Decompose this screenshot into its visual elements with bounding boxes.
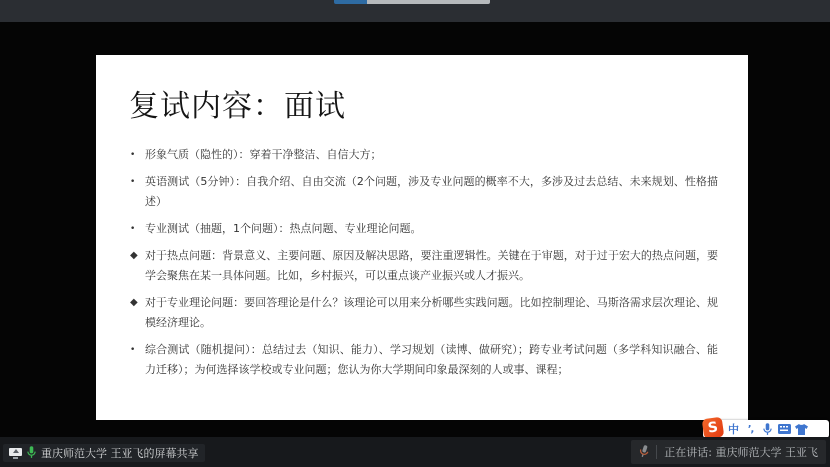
bullet-text: 对于专业理论问题：要回答理论是什么？该理论可以用来分析哪些实践问题。比如控制理论… xyxy=(145,296,718,329)
slide-bullet-item: ◆对于专业理论问题：要回答理论是什么？该理论可以用来分析哪些实践问题。比如控制理… xyxy=(130,293,718,333)
punctuation-icon[interactable]: ’, xyxy=(744,422,757,436)
slide-bullet-list: •形象气质（隐性的）：穿着干净整洁、自信大方； •英语测试（5分钟）：自我介绍、… xyxy=(130,145,718,387)
bullet-marker-icon: ◆ xyxy=(130,246,138,266)
bullet-text: 综合测试（随机提问）：总结过去（知识、能力）、学习规划（读博、做研究）；跨专业考… xyxy=(145,343,718,376)
bullet-marker-icon: • xyxy=(130,219,135,239)
sogou-input-toolbar[interactable]: S 中 ’, xyxy=(703,420,829,438)
shared-screen-stage: 复试内容：面试 •形象气质（隐性的）：穿着干净整洁、自信大方； •英语测试（5分… xyxy=(0,22,830,437)
chinese-mode-icon[interactable]: 中 xyxy=(727,422,740,436)
slide-bullet-item: •专业测试（抽题，1个问题）：热点问题、专业理论问题。 xyxy=(130,219,718,239)
screen-share-status[interactable]: 重庆师范大学 王亚飞的屏幕共享 xyxy=(3,444,205,462)
divider xyxy=(656,445,657,459)
meeting-top-bar xyxy=(0,0,830,22)
skin-icon[interactable] xyxy=(795,422,808,436)
slide-bullet-item: ◆对于热点问题：背景意义、主要问题、原因及解决思路，要注重逻辑性。关键在于审题，… xyxy=(130,246,718,286)
sogou-logo-icon[interactable]: S xyxy=(702,416,725,439)
active-speaker-indicator: 正在讲话: 重庆师范大学 王亚飞 xyxy=(631,440,826,464)
screen-share-icon xyxy=(9,448,22,459)
speaking-label: 正在讲话: 重庆师范大学 王亚飞 xyxy=(664,444,818,460)
bullet-text: 英语测试（5分钟）：自我介绍、自由交流（2个问题，涉及专业问题的概率不大，多涉及… xyxy=(145,175,718,208)
share-status-label: 重庆师范大学 王亚飞的屏幕共享 xyxy=(41,445,199,461)
soft-keyboard-icon[interactable] xyxy=(778,422,791,436)
bullet-text: 专业测试（抽题，1个问题）：热点问题、专业理论问题。 xyxy=(145,222,422,235)
collapsed-share-toolbar[interactable] xyxy=(334,0,490,4)
meeting-bottom-bar: 重庆师范大学 王亚飞的屏幕共享 正在讲话: 重庆师范大学 王亚飞 xyxy=(0,437,830,467)
toolbox-icon[interactable] xyxy=(812,422,825,436)
bullet-marker-icon: • xyxy=(130,145,135,165)
slide-title: 复试内容：面试 xyxy=(129,81,346,125)
bullet-text: 对于热点问题：背景意义、主要问题、原因及解决思路，要注重逻辑性。关键在于审题，对… xyxy=(145,249,718,282)
microphone-on-icon xyxy=(27,444,36,463)
bullet-text: 形象气质（隐性的）：穿着干净整洁、自信大方； xyxy=(145,148,382,161)
slide-bullet-item: •英语测试（5分钟）：自我介绍、自由交流（2个问题，涉及专业问题的概率不大，多涉… xyxy=(130,172,718,212)
bullet-marker-icon: • xyxy=(130,340,135,360)
slide-bullet-item: •综合测试（随机提问）：总结过去（知识、能力）、学习规划（读博、做研究）；跨专业… xyxy=(130,340,718,380)
bullet-marker-icon: • xyxy=(130,172,135,192)
voice-input-icon[interactable] xyxy=(761,422,774,436)
presentation-slide: 复试内容：面试 •形象气质（隐性的）：穿着干净整洁、自信大方； •英语测试（5分… xyxy=(96,55,748,420)
bullet-marker-icon: ◆ xyxy=(130,293,138,313)
slide-bullet-item: •形象气质（隐性的）：穿着干净整洁、自信大方； xyxy=(130,145,718,165)
speaker-mic-icon xyxy=(639,443,649,462)
share-toolbar-blue-segment[interactable] xyxy=(334,0,367,4)
share-toolbar-gray-segment[interactable] xyxy=(367,0,490,4)
